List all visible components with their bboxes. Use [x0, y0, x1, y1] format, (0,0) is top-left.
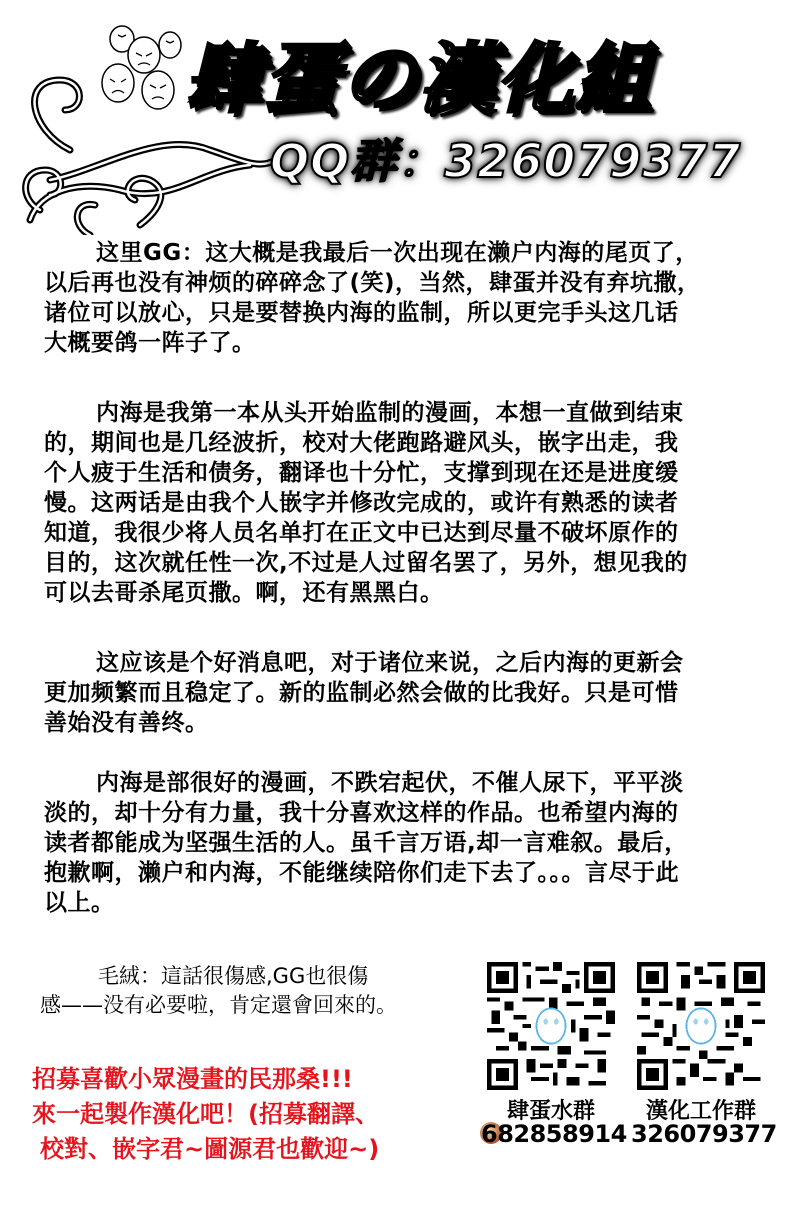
- text-line: 感——没有必要啦，肯定還會回來的。: [40, 991, 480, 1020]
- paragraph-1: 这里GG：这大概是我最后一次出现在濑户内海的尾页了， 以后再也没有神烦的碎碎念了…: [44, 238, 764, 358]
- qq-penguin-icon: [536, 1008, 565, 1043]
- text-line: 招募喜歡小眾漫畫的民那桑!!!: [32, 1062, 482, 1097]
- qr-number-chat-group: 682858914: [481, 1120, 621, 1148]
- text-line: 内海是我第一本从头开始监制的漫画，本想一直做到结束: [96, 400, 684, 426]
- logo-title: 肆蛋の漢化組: [185, 18, 653, 127]
- qr-code-work-group[interactable]: [637, 962, 765, 1090]
- qr-code-chat-group[interactable]: [487, 962, 615, 1090]
- text-line: 个人疲于生活和债务，翻译也十分忙，支撑到现在还是进度缓: [44, 458, 764, 488]
- text-line: 这里GG：这大概是我最后一次出现在濑户内海的尾页了，: [96, 240, 699, 266]
- text-line: 内海是部很好的漫画，不跌宕起伏，不催人尿下，平平淡: [96, 770, 684, 796]
- text-line: 诸位可以放心，只是要替换内海的监制，所以更完手头这几话: [44, 298, 764, 328]
- text-line: 以上。: [44, 888, 764, 918]
- text-line: 校對、嵌字君~圖源君也歡迎~): [32, 1132, 482, 1167]
- egg-faces-icon: [100, 25, 190, 115]
- text-line: 毛絨：這話很傷感,GG也很傷: [98, 964, 368, 988]
- qq-penguin-icon: [686, 1008, 715, 1043]
- text-line: 慢。这两话是由我个人嵌字并修改完成的，或许有熟悉的读者: [44, 488, 764, 518]
- text-line: 抱歉啊，濑户和内海，不能继续陪你们走下去了。。。言尽于此: [44, 858, 764, 888]
- group-logo-banner: 肆蛋の漢化組 QQ群：326079377: [0, 0, 790, 235]
- paragraph-4: 内海是部很好的漫画，不跌宕起伏，不催人尿下，平平淡 淡的，却十分有力量，我十分喜…: [44, 768, 764, 918]
- text-line: 读者都能成为坚强生活的人。虽千言万语,却一言难叙。最后，: [44, 828, 764, 858]
- qr-number-work-group: 326079377: [631, 1120, 771, 1148]
- text-line: 这应该是个好消息吧，对于诸位来说，之后内海的更新会: [96, 650, 684, 676]
- text-line: 更加频繁而且稳定了。新的监制必然会做的比我好。只是可惜: [44, 678, 764, 708]
- paragraph-3: 这应该是个好消息吧，对于诸位来说，之后内海的更新会 更加频繁而且稳定了。新的监制…: [44, 648, 764, 738]
- text-line: 可以去哥杀尾页撒。啊，还有黑黑白。: [44, 578, 764, 608]
- text-line: 以后再也没有神烦的碎碎念了(笑)，当然，肆蛋并没有弃坑撒，: [44, 268, 764, 298]
- text-line: 知道，我很少将人员名单打在正文中已达到尽量不破坏原作的: [44, 518, 764, 548]
- text-line: 目的，这次就任性一次,不过是人过留名罢了，另外，想见我的: [44, 548, 764, 578]
- recruitment-notice: 招募喜歡小眾漫畫的民那桑!!! 來一起製作漢化吧！(招募翻譯、 校對、嵌字君~圖…: [32, 1062, 482, 1167]
- logo-qq-group: QQ群：326079377: [270, 125, 741, 191]
- staff-note: 毛絨：這話很傷感,GG也很傷 感——没有必要啦，肯定還會回來的。: [40, 962, 480, 1020]
- text-line: 淡的，却十分有力量，我十分喜欢这样的作品。也希望内海的: [44, 798, 764, 828]
- text-line: 善始没有善终。: [44, 708, 764, 738]
- text-line: 來一起製作漢化吧！(招募翻譯、: [32, 1097, 482, 1132]
- text-line: 的，期间也是几经波折，校对大佬跑路避风头，嵌字出走，我: [44, 428, 764, 458]
- text-line: 大概要鸽一阵子了。: [44, 328, 764, 358]
- paragraph-2: 内海是我第一本从头开始监制的漫画，本想一直做到结束 的，期间也是几经波折，校对大…: [44, 398, 764, 608]
